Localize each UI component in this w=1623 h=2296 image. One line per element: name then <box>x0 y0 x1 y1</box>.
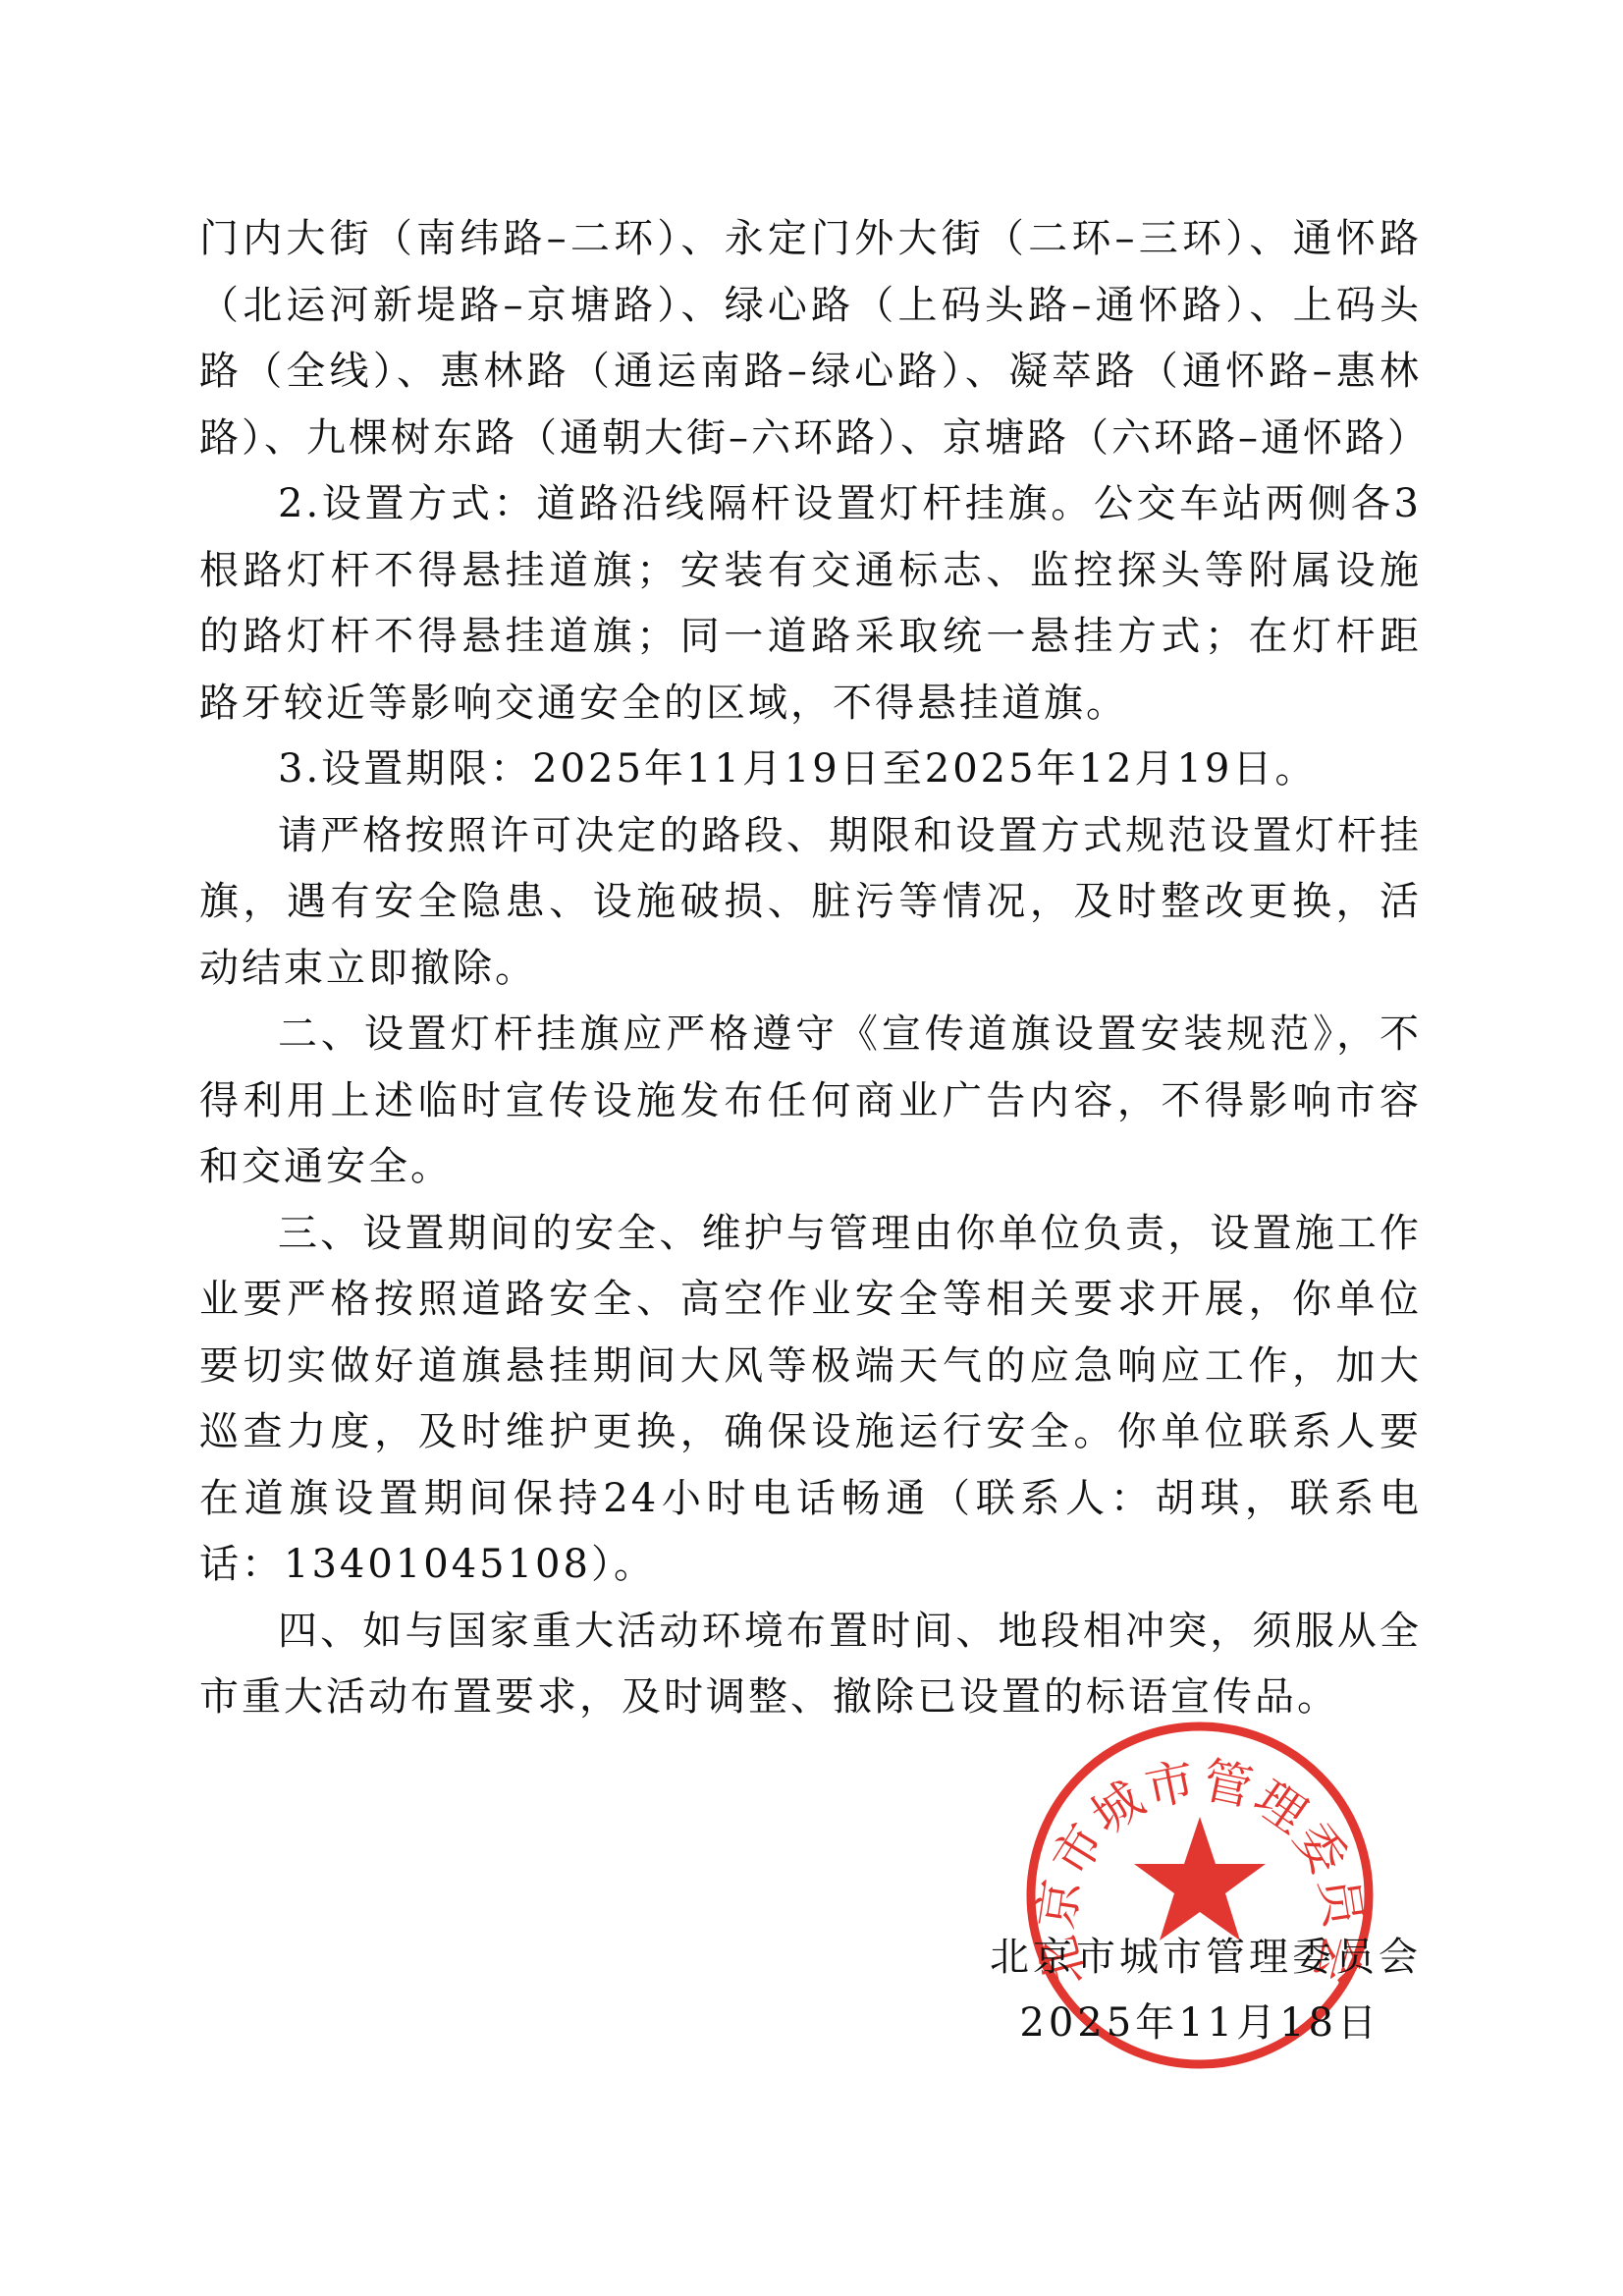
paragraph-road-list: 门内大街（南纬路–二环）、永定门外大街（二环–三环）、通怀路（北运河新堤路–京塘… <box>199 206 1422 471</box>
star-icon <box>1134 1817 1266 1941</box>
paragraph-item-three: 三、设置期间的安全、维护与管理由你单位负责，设置施工作业要严格按照道路安全、高空… <box>199 1201 1422 1599</box>
document-body: 门内大街（南纬路–二环）、永定门外大街（二环–三环）、通怀路（北运河新堤路–京塘… <box>199 206 1422 1731</box>
paragraph-item-four: 四、如与国家重大活动环境布置时间、地段相冲突，须服从全市重大活动布置要求，及时调… <box>199 1599 1422 1731</box>
paragraph-setup-period: 3.设置期限：2025年11月19日至2025年12月19日。 <box>199 737 1422 803</box>
paragraph-item-two: 二、设置灯杆挂旗应严格遵守《宣传道旗设置安装规范》，不得利用上述临时宣传设施发布… <box>199 1002 1422 1201</box>
signature-block: 北京市城市管理委员会 2025年11月18日 <box>990 1925 1422 2056</box>
paragraph-compliance-note: 请严格按照许可决定的路段、期限和设置方式规范设置灯杆挂旗，遇有安全隐患、设施破损… <box>199 803 1422 1003</box>
signing-date: 2025年11月18日 <box>990 1991 1422 2056</box>
signing-organization: 北京市城市管理委员会 <box>990 1925 1422 1991</box>
paragraph-setup-method: 2.设置方式：道路沿线隔杆设置灯杆挂旗。公交车站两侧各3根路灯杆不得悬挂道旗；安… <box>199 471 1422 737</box>
document-page: 门内大街（南纬路–二环）、永定门外大街（二环–三环）、通怀路（北运河新堤路–京塘… <box>0 0 1623 2296</box>
